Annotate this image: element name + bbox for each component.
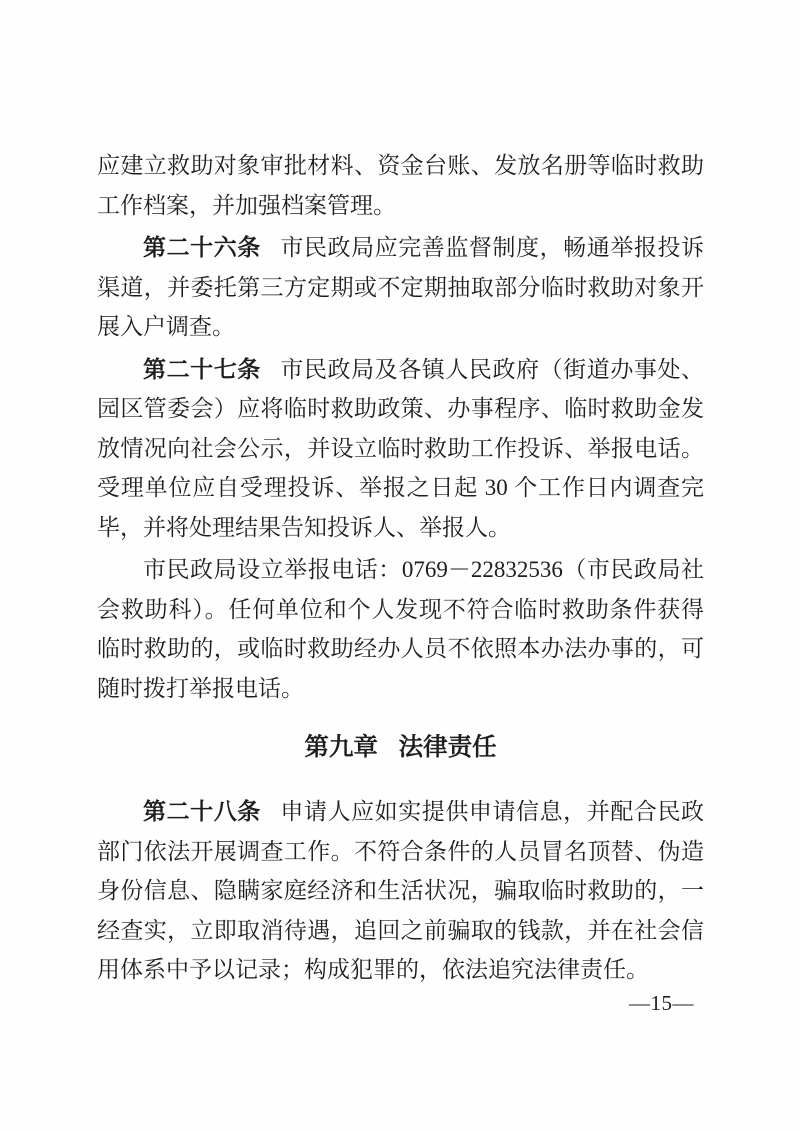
article-27-number: 第二十七条 bbox=[143, 356, 261, 382]
article-26-paragraph: 第二十六条市民政局应完善监督制度，畅通举报投诉渠道，并委托第三方定期或不定期抽取… bbox=[97, 228, 704, 347]
article-27-text: 市民政局及各镇人民政府（街道办事处、园区管委会）应将临时救助政策、办事程序、临时… bbox=[97, 357, 704, 540]
document-page: 应建立救助对象审批材料、资金台账、发放名册等临时救助工作档案，并加强档案管理。 … bbox=[0, 0, 800, 1131]
article-28-text: 申请人应如实提供申请信息，并配合民政部门依法开展调查工作。不符合条件的人员冒名顶… bbox=[97, 799, 704, 982]
hotline-text: 市民政局设立举报电话：0769－22832536（市民政局社会救助科）。任何单位… bbox=[97, 557, 704, 701]
chapter-title: 法律责任 bbox=[399, 734, 497, 761]
article-28-paragraph: 第二十八条申请人应如实提供申请信息，并配合民政部门依法开展调查工作。不符合条件的… bbox=[97, 792, 704, 990]
article-27-paragraph: 第二十七条市民政局及各镇人民政府（街道办事处、园区管委会）应将临时救助政策、办事… bbox=[97, 350, 704, 548]
paragraph-text: 应建立救助对象审批材料、资金台账、发放名册等临时救助工作档案，并加强档案管理。 bbox=[97, 153, 704, 218]
document-body: 应建立救助对象审批材料、资金台账、发放名册等临时救助工作档案，并加强档案管理。 … bbox=[97, 146, 704, 993]
article-28-number: 第二十八条 bbox=[143, 798, 261, 824]
paragraph-continuation: 应建立救助对象审批材料、资金台账、发放名册等临时救助工作档案，并加强档案管理。 bbox=[97, 146, 704, 225]
article-26-number: 第二十六条 bbox=[143, 234, 261, 260]
chapter-heading: 第九章法律责任 bbox=[97, 728, 704, 768]
chapter-number: 第九章 bbox=[304, 734, 378, 761]
hotline-paragraph: 市民政局设立举报电话：0769－22832536（市民政局社会救助科）。任何单位… bbox=[97, 550, 704, 708]
page-number: —15— bbox=[629, 991, 694, 1016]
